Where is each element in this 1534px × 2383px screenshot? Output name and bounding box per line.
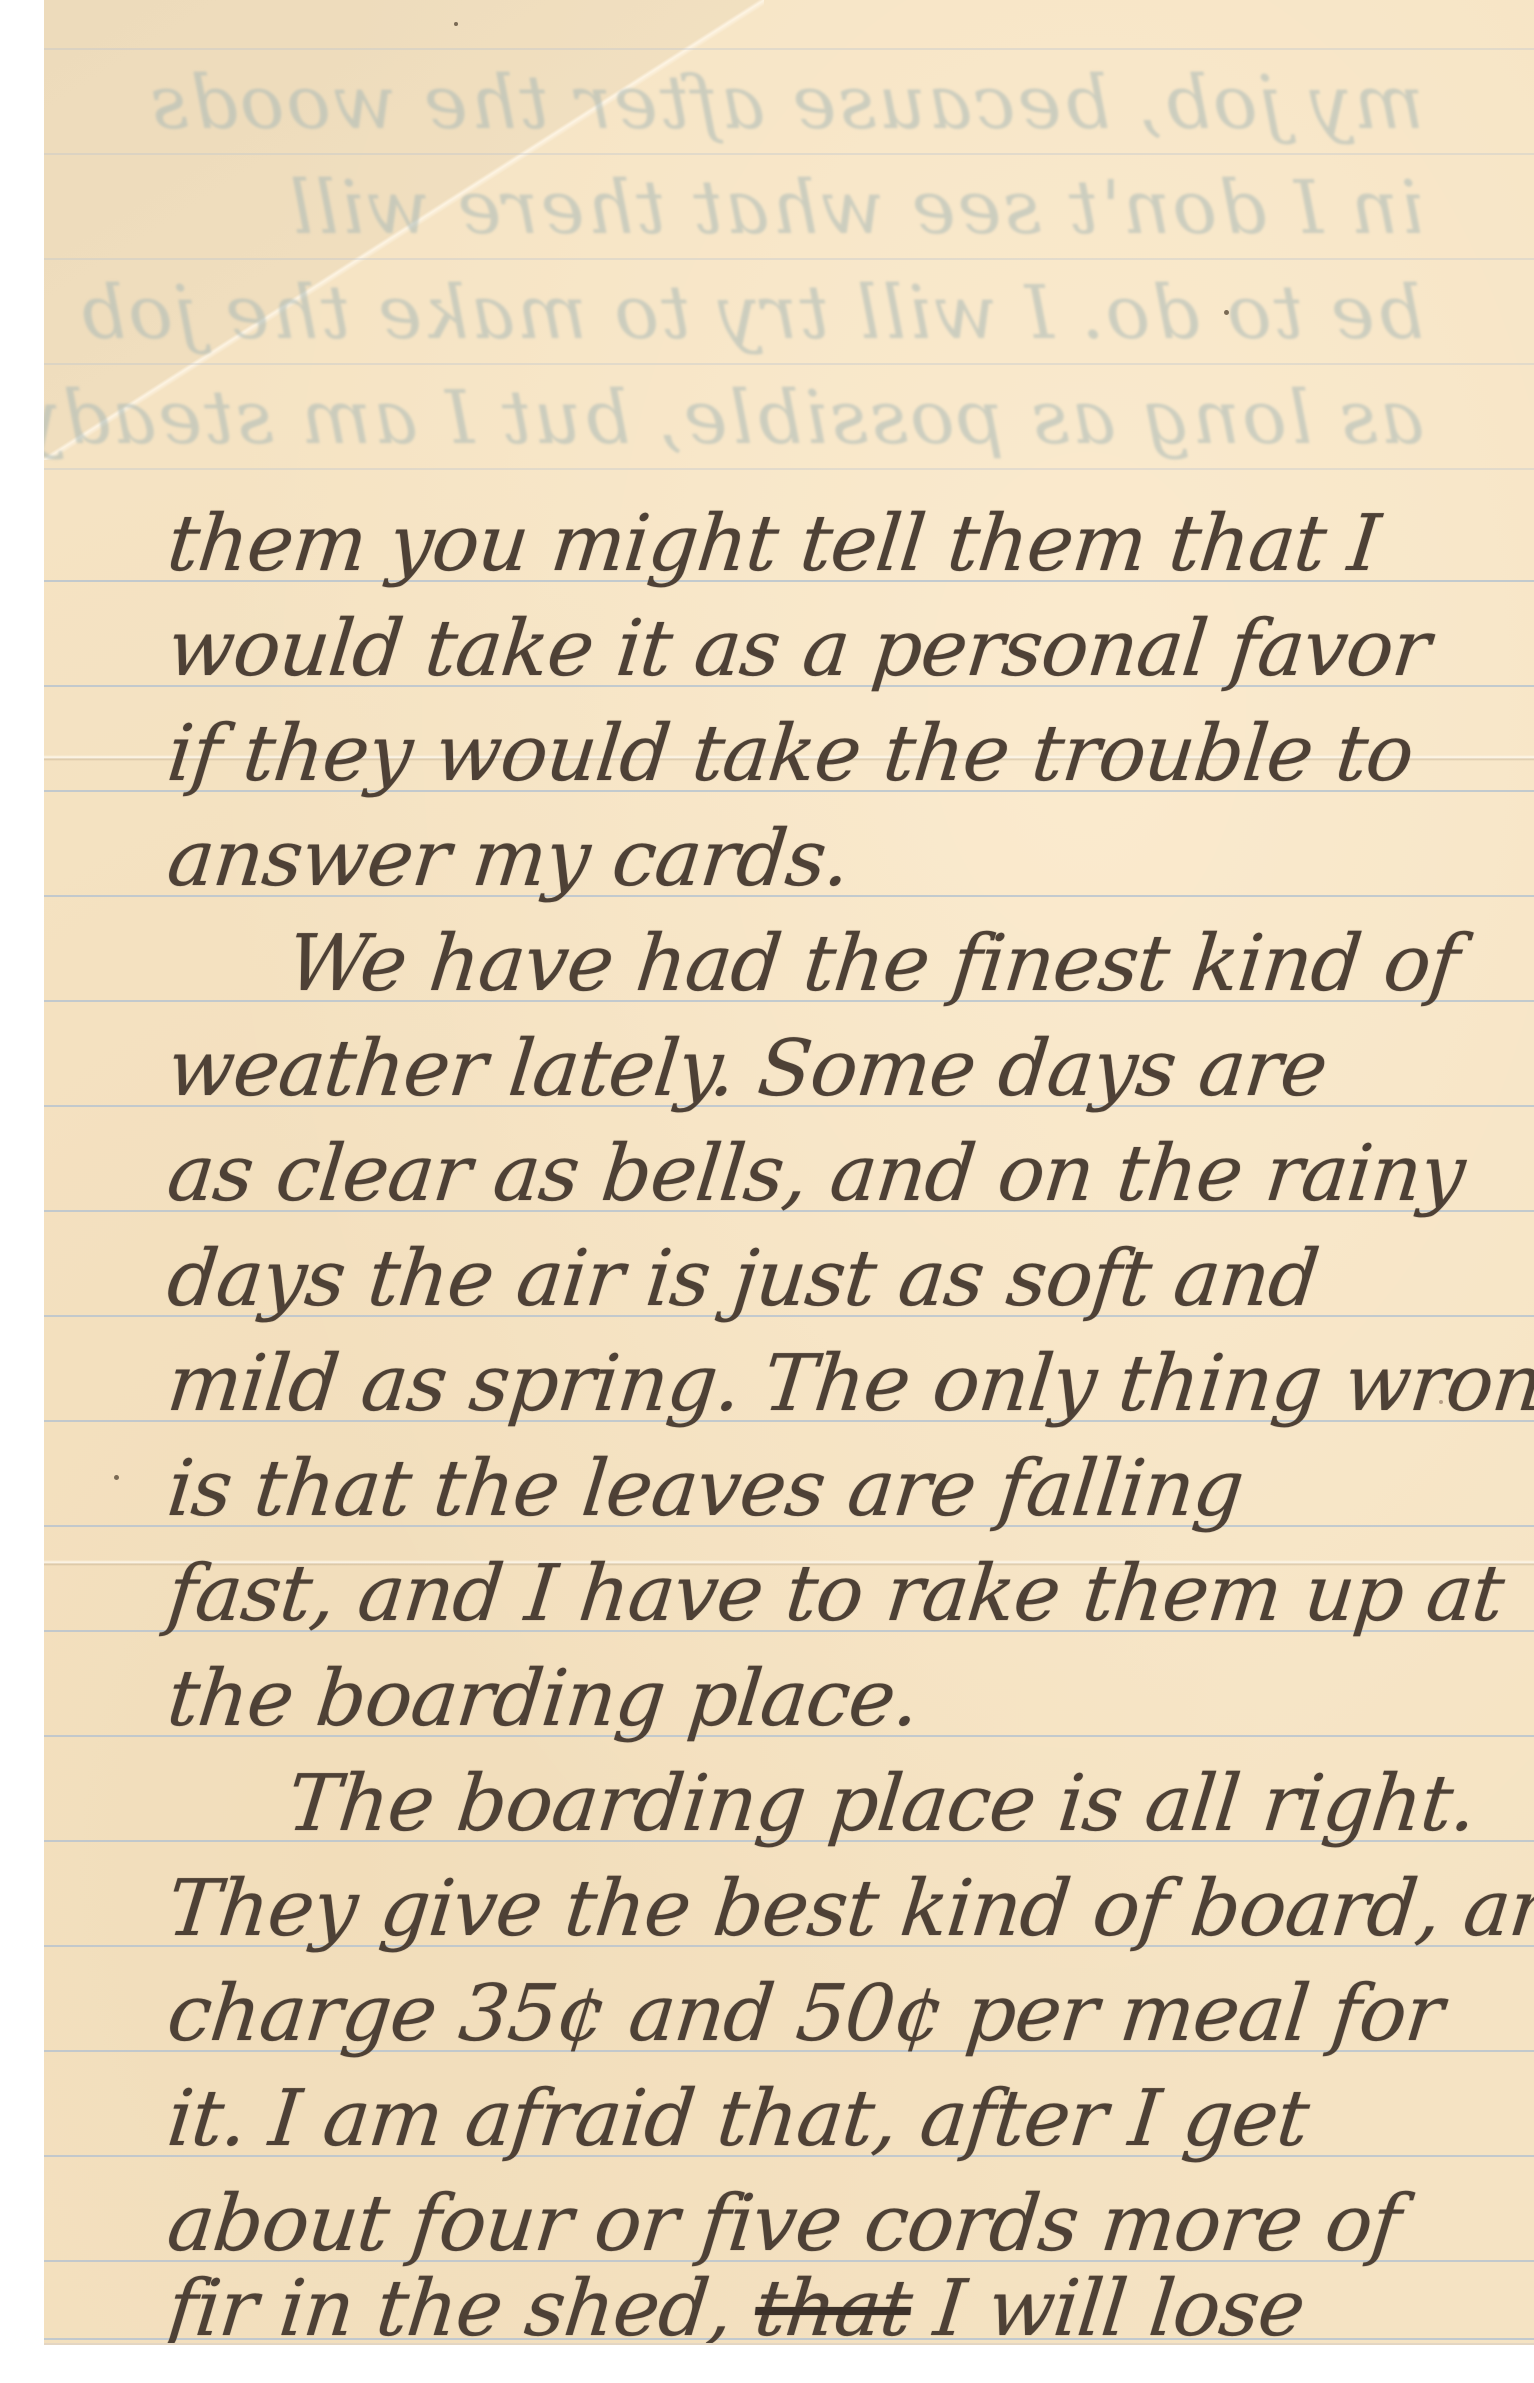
letter-page: my job, because after the woods in I don… bbox=[44, 0, 1534, 2343]
letter-line: as clear as bells, and on the rainy bbox=[164, 1135, 1468, 1213]
letter-line: would take it as a personal favor bbox=[164, 610, 1433, 688]
letter-line: them you might tell them that I bbox=[164, 505, 1383, 583]
letter-line: mild as spring. The only thing wrong bbox=[164, 1345, 1534, 1423]
letter-text: I will lose bbox=[906, 2264, 1308, 2343]
paper-speck bbox=[1439, 1400, 1443, 1404]
letter-line: days the air is just as soft and bbox=[164, 1240, 1322, 1318]
letter-line-last: fir in the shed, that I will lose bbox=[164, 2270, 1308, 2343]
letter-line: The boarding place is all right. bbox=[284, 1765, 1479, 1843]
letter-line: the boarding place. bbox=[164, 1660, 922, 1738]
letter-line: if they would take the trouble to bbox=[164, 715, 1417, 793]
letter-line: answer my cards. bbox=[164, 820, 853, 898]
paper-speck bbox=[114, 1475, 119, 1480]
letter-line: charge 35¢ and 50¢ per meal for bbox=[164, 1975, 1446, 2053]
letter-line: about four or five cords more of bbox=[164, 2185, 1404, 2263]
paper-speck bbox=[1224, 310, 1229, 315]
letter-text: fir in the shed, bbox=[163, 2264, 736, 2343]
letter-line: We have had the finest kind of bbox=[284, 925, 1462, 1003]
letter-line: fast, and I have to rake them up at bbox=[164, 1555, 1507, 1633]
letter-line: it. I am afraid that, after I get bbox=[164, 2080, 1312, 2158]
paper-speck bbox=[454, 22, 458, 26]
struck-out-word: that bbox=[751, 2264, 916, 2343]
letter-line: weather lately. Some days are bbox=[164, 1030, 1330, 1108]
letter-line: is that the leaves are falling bbox=[164, 1450, 1247, 1528]
letter-line: They give the best kind of board, and bbox=[164, 1870, 1534, 1948]
letter-body: them you might tell them that I would ta… bbox=[44, 0, 1534, 2343]
